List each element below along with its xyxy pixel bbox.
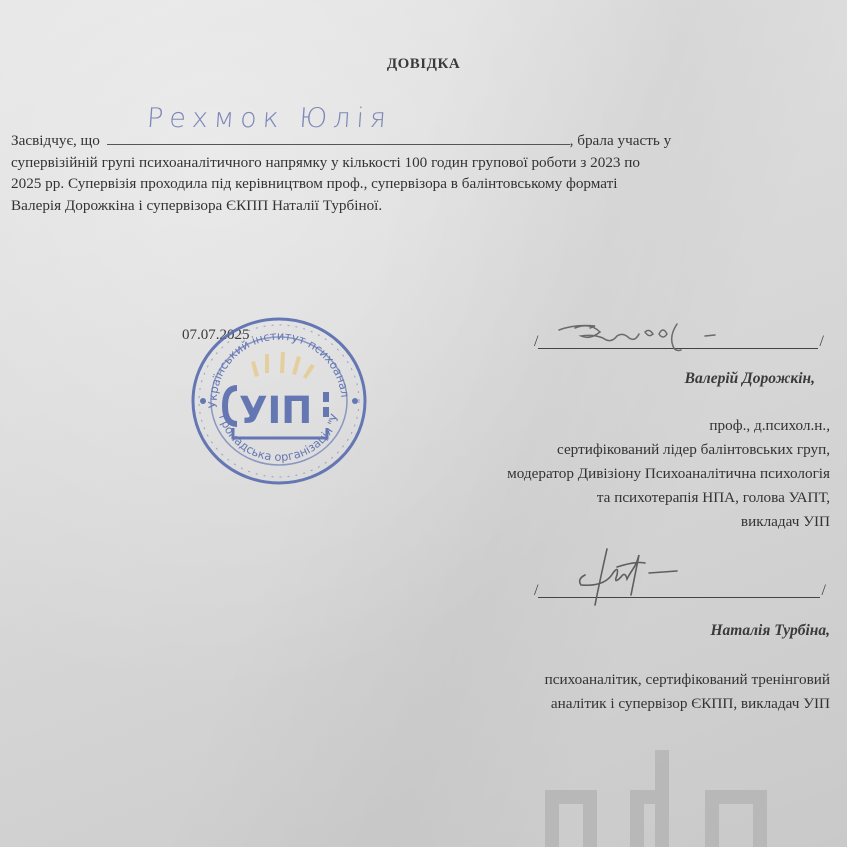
attest-suffix: , брала участь у [570,132,672,149]
title-line: проф., д.психол.н., [507,414,830,438]
signature-turbina-icon [565,545,725,615]
name-blank-field: Рехмок Юлія [107,130,570,145]
organization-stamp-icon: Український інститут психоаналізу Громад… [189,316,369,486]
sig-slash-right: / [820,333,824,351]
title-line: аналітик і супервізор ЄКПП, викладач УІП [545,692,830,716]
document-title: ДОВІДКА [0,56,847,73]
signatory-titles-dorozhkin: проф., д.психол.н., сертифікований лідер… [507,414,830,534]
sig-slash-left: / [534,333,538,351]
attest-prefix: Засвідчує, що [11,132,100,149]
signature-dorozhkin-icon [555,314,785,354]
document-page: ДОВІДКА Засвідчує, що Рехмок Юлія , брал… [0,0,847,847]
title-line: модератор Дивізіону Психоаналітична псих… [507,462,830,486]
title-line: викладач УІП [507,510,830,534]
handwritten-name: Рехмок Юлія [146,108,392,130]
body-line-2: супервізійній групі психоаналітичного на… [11,152,841,174]
signatory-titles-turbina: психоаналітик, сертифікований тренінгови… [545,668,830,716]
certificate-body: Засвідчує, що Рехмок Юлія , брала участь… [11,130,841,216]
body-line-3: 2025 рр. Супервізія проходила під керівн… [11,173,841,195]
show-through-watermark-icon [545,750,835,847]
title-line: психоаналітик, сертифікований тренінгови… [545,668,830,692]
sig-slash-right: / [822,582,826,600]
stamp-center-text: УІП [239,389,312,432]
sig-slash-left: / [534,582,538,600]
signatory-name-turbina: Наталія Турбіна, [710,622,830,640]
signatory-name-dorozhkin: Валерій Дорожкін, [685,370,815,388]
body-line-4: Валерія Дорожкіна і супервізора ЄКПП Нат… [11,195,841,217]
title-line: та психотерапія НПА, голова УАПТ, [507,486,830,510]
body-line-1: Засвідчує, що Рехмок Юлія , брала участь… [11,130,841,152]
title-line: сертифікований лідер балінтовських груп, [507,438,830,462]
